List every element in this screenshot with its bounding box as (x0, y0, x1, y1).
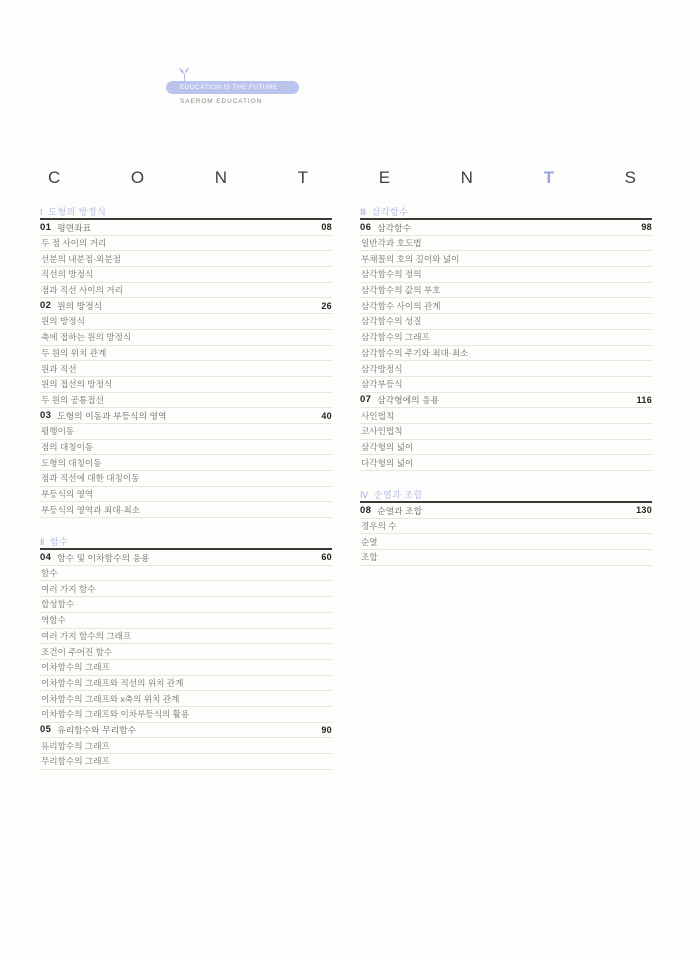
subitem-label: 점의 대칭이동 (40, 441, 93, 453)
subitem-label: 사인법칙 (360, 410, 394, 422)
section-numeral: Ⅲ (360, 207, 367, 217)
chapter-row: 07삼각형에의 응용116 (360, 393, 652, 409)
section-header: Ⅳ순열과 조합 (360, 489, 652, 501)
subitem-row: 이차함수의 그래프 (40, 660, 332, 676)
section-label: 삼각함수 (372, 207, 409, 217)
subitem-row: 평행이동 (40, 424, 332, 440)
chapter-number: 08 (360, 505, 371, 516)
subitem-row: 여러 가지 함수 (40, 581, 332, 597)
chapter-title: 순열과 조합 (377, 504, 636, 517)
chapter-row: 06삼각함수98 (360, 220, 652, 236)
subitem-label: 삼각함수의 성질 (360, 315, 422, 327)
subitem-label: 점과 직선에 대한 대칭이동 (40, 472, 139, 484)
logo-tagline: EDUCATION IS THE FUTURE (180, 84, 278, 91)
subitem-label: 무리함수의 그래프 (40, 755, 110, 767)
section-label: 순열과 조합 (374, 490, 423, 500)
chapter-row: 08순열과 조합130 (360, 503, 652, 519)
subitem-row: 두 원의 위치 관계 (40, 346, 332, 362)
subitem-row: 순열 (360, 534, 652, 550)
subitem-row: 일반각과 호도법 (360, 236, 652, 252)
subitem-row: 이차함수의 그래프와 이차부등식의 활용 (40, 707, 332, 723)
chapter-title: 유리함수와 무리함수 (57, 723, 321, 736)
subitem-row: 삼각함수의 성질 (360, 314, 652, 330)
subitem-row: 다각형의 넓이 (360, 455, 652, 471)
subitem-label: 원의 접선의 방정식 (40, 378, 112, 390)
section-rows: 06삼각함수98일반각과 호도법부채꼴의 호의 길이와 넓이삼각함수의 정의삼각… (360, 218, 652, 471)
subitem-label: 부등식의 영역과 최대·최소 (40, 504, 140, 516)
chapter-title: 함수 및 이차함수의 응용 (57, 551, 321, 564)
subitem-row: 역함수 (40, 613, 332, 629)
toc-column-left: Ⅰ도형의 방정식01평면좌표08두 점 사이의 거리선분의 내분점·외분점직선의… (40, 206, 332, 788)
publisher-logo: EDUCATION IS THE FUTURE SAEROM EDUCATION (166, 66, 346, 114)
contents-letter: O (131, 168, 144, 188)
contents-letter: T (544, 168, 554, 188)
chapter-number: 02 (40, 300, 51, 311)
subitem-label: 삼각함수 사이의 관계 (360, 300, 441, 312)
subitem-label: 축에 접하는 원의 방정식 (40, 331, 131, 343)
subitem-label: 조건이 주어진 함수 (40, 646, 112, 658)
section-label: 함수 (50, 537, 68, 547)
subitem-row: 부채꼴의 호의 길이와 넓이 (360, 251, 652, 267)
subitem-label: 이차함수의 그래프와 x축의 위치 관계 (40, 693, 179, 705)
toc-section: Ⅰ도형의 방정식01평면좌표08두 점 사이의 거리선분의 내분점·외분점직선의… (40, 206, 332, 518)
chapter-row: 01평면좌표08 (40, 220, 332, 236)
chapter-page-number: 116 (637, 395, 652, 405)
subitem-row: 무리함수의 그래프 (40, 754, 332, 770)
subitem-label: 이차함수의 그래프와 직선의 위치 관계 (40, 677, 183, 689)
subitem-row: 부등식의 영역과 최대·최소 (40, 502, 332, 518)
subitem-row: 원의 접선의 방정식 (40, 377, 332, 393)
chapter-number: 07 (360, 394, 371, 405)
subitem-row: 원과 직선 (40, 361, 332, 377)
subitem-row: 삼각방정식 (360, 361, 652, 377)
chapter-title: 평면좌표 (57, 221, 321, 234)
chapter-page-number: 130 (636, 505, 652, 515)
subitem-label: 평행이동 (40, 425, 74, 437)
chapter-row: 04함수 및 이차함수의 응용60 (40, 550, 332, 566)
toc-section: Ⅱ함수04함수 및 이차함수의 응용60함수여러 가지 함수합성함수역함수여러 … (40, 536, 332, 770)
chapter-page-number: 98 (641, 222, 652, 232)
subitem-row: 점과 직선 사이의 거리 (40, 283, 332, 299)
subitem-row: 원의 방정식 (40, 314, 332, 330)
contents-title: CONTENTS (48, 168, 636, 188)
logo-company: SAEROM EDUCATION (180, 98, 262, 105)
contents-letter: T (298, 168, 308, 188)
subitem-label: 경우의 수 (360, 520, 397, 532)
subitem-label: 다각형의 넓이 (360, 457, 413, 469)
subitem-row: 삼각함수의 정의 (360, 267, 652, 283)
subitem-label: 코사인법칙 (360, 425, 403, 437)
contents-letter: N (461, 168, 473, 188)
subitem-row: 부등식의 영역 (40, 487, 332, 503)
subitem-row: 직선의 방정식 (40, 267, 332, 283)
chapter-page-number: 60 (321, 552, 332, 562)
subitem-label: 삼각함수의 정의 (360, 268, 422, 280)
subitem-row: 사인법칙 (360, 408, 652, 424)
subitem-row: 두 점 사이의 거리 (40, 236, 332, 252)
chapter-row: 03도형의 이동과 부등식의 영역40 (40, 408, 332, 424)
toc-page: EDUCATION IS THE FUTURE SAEROM EDUCATION… (0, 0, 700, 959)
subitem-row: 두 원의 공통접선 (40, 393, 332, 409)
logo-tagline-pill: EDUCATION IS THE FUTURE (166, 81, 299, 94)
subitem-label: 삼각형의 넓이 (360, 441, 413, 453)
chapter-title: 삼각함수 (377, 221, 641, 234)
contents-letter: E (379, 168, 390, 188)
subitem-label: 일반각과 호도법 (360, 237, 422, 249)
subitem-label: 부채꼴의 호의 길이와 넓이 (360, 253, 459, 265)
subitem-row: 조건이 주어진 함수 (40, 644, 332, 660)
subitem-label: 역함수 (40, 614, 66, 626)
subitem-label: 두 원의 위치 관계 (40, 347, 106, 359)
section-numeral: Ⅳ (360, 490, 369, 500)
subitem-row: 합성함수 (40, 597, 332, 613)
subitem-label: 함수 (40, 567, 58, 579)
section-label: 도형의 방정식 (48, 207, 106, 217)
subitem-label: 합성함수 (40, 598, 74, 610)
chapter-row: 05유리함수와 무리함수90 (40, 723, 332, 739)
subitem-label: 삼각함수의 주기와 최대·최소 (360, 347, 468, 359)
subitem-label: 조합 (360, 551, 378, 563)
subitem-row: 삼각함수의 값의 부호 (360, 283, 652, 299)
subitem-label: 직선의 방정식 (40, 268, 93, 280)
chapter-number: 04 (40, 552, 51, 563)
subitem-row: 여러 가지 함수의 그래프 (40, 629, 332, 645)
chapter-number: 03 (40, 410, 51, 421)
subitem-label: 도형의 대칭이동 (40, 457, 102, 469)
subitem-row: 유리함수의 그래프 (40, 738, 332, 754)
chapter-page-number: 40 (321, 411, 332, 421)
toc-column-right: Ⅲ삼각함수06삼각함수98일반각과 호도법부채꼴의 호의 길이와 넓이삼각함수의… (360, 206, 652, 584)
subitem-label: 이차함수의 그래프와 이차부등식의 활용 (40, 708, 189, 720)
chapter-title: 삼각형에의 응용 (377, 393, 636, 406)
subitem-row: 코사인법칙 (360, 424, 652, 440)
section-numeral: Ⅰ (40, 207, 43, 217)
subitem-label: 두 원의 공통접선 (40, 394, 104, 406)
subitem-label: 삼각함수의 값의 부호 (360, 284, 441, 296)
contents-letter: N (215, 168, 227, 188)
chapter-number: 01 (40, 222, 51, 233)
subitem-row: 선분의 내분점·외분점 (40, 251, 332, 267)
subitem-row: 삼각함수 사이의 관계 (360, 298, 652, 314)
chapter-number: 05 (40, 724, 51, 735)
section-rows: 04함수 및 이차함수의 응용60함수여러 가지 함수합성함수역함수여러 가지 … (40, 548, 332, 770)
subitem-row: 점의 대칭이동 (40, 440, 332, 456)
subitem-label: 원의 방정식 (40, 315, 85, 327)
subitem-row: 도형의 대칭이동 (40, 455, 332, 471)
subitem-label: 부등식의 영역 (40, 488, 93, 500)
chapter-title: 원의 방정식 (57, 299, 321, 312)
chapter-page-number: 08 (321, 222, 332, 232)
subitem-label: 두 점 사이의 거리 (40, 237, 106, 249)
subitem-row: 이차함수의 그래프와 직선의 위치 관계 (40, 676, 332, 692)
subitem-row: 조합 (360, 550, 652, 566)
subitem-row: 이차함수의 그래프와 x축의 위치 관계 (40, 691, 332, 707)
contents-letter: C (48, 168, 60, 188)
subitem-label: 삼각방정식 (360, 363, 403, 375)
chapter-title: 도형의 이동과 부등식의 영역 (57, 409, 321, 422)
subitem-row: 삼각부등식 (360, 377, 652, 393)
section-numeral: Ⅱ (40, 537, 45, 547)
subitem-label: 유리함수의 그래프 (40, 740, 110, 752)
chapter-number: 06 (360, 222, 371, 233)
subitem-row: 삼각함수의 그래프 (360, 330, 652, 346)
subitem-row: 축에 접하는 원의 방정식 (40, 330, 332, 346)
subitem-label: 삼각함수의 그래프 (360, 331, 430, 343)
toc-section: Ⅳ순열과 조합08순열과 조합130경우의 수순열조합 (360, 489, 652, 566)
subitem-row: 삼각함수의 주기와 최대·최소 (360, 346, 652, 362)
subitem-row: 삼각형의 넓이 (360, 440, 652, 456)
subitem-label: 여러 가지 함수의 그래프 (40, 630, 131, 642)
chapter-page-number: 90 (321, 725, 332, 735)
section-rows: 08순열과 조합130경우의 수순열조합 (360, 501, 652, 566)
subitem-row: 점과 직선에 대한 대칭이동 (40, 471, 332, 487)
subitem-row: 경우의 수 (360, 519, 652, 535)
subitem-label: 삼각부등식 (360, 378, 403, 390)
subitem-label: 순열 (360, 536, 378, 548)
toc-section: Ⅲ삼각함수06삼각함수98일반각과 호도법부채꼴의 호의 길이와 넓이삼각함수의… (360, 206, 652, 471)
contents-letter: S (625, 168, 636, 188)
chapter-page-number: 26 (321, 301, 332, 311)
section-header: Ⅱ함수 (40, 536, 332, 548)
section-header: Ⅰ도형의 방정식 (40, 206, 332, 218)
subitem-label: 이차함수의 그래프 (40, 661, 110, 673)
section-rows: 01평면좌표08두 점 사이의 거리선분의 내분점·외분점직선의 방정식점과 직… (40, 218, 332, 518)
subitem-label: 원과 직선 (40, 363, 77, 375)
subitem-row: 함수 (40, 566, 332, 582)
section-header: Ⅲ삼각함수 (360, 206, 652, 218)
subitem-label: 점과 직선 사이의 거리 (40, 284, 123, 296)
subitem-label: 선분의 내분점·외분점 (40, 253, 121, 265)
chapter-row: 02원의 방정식26 (40, 298, 332, 314)
subitem-label: 여러 가지 함수 (40, 583, 96, 595)
